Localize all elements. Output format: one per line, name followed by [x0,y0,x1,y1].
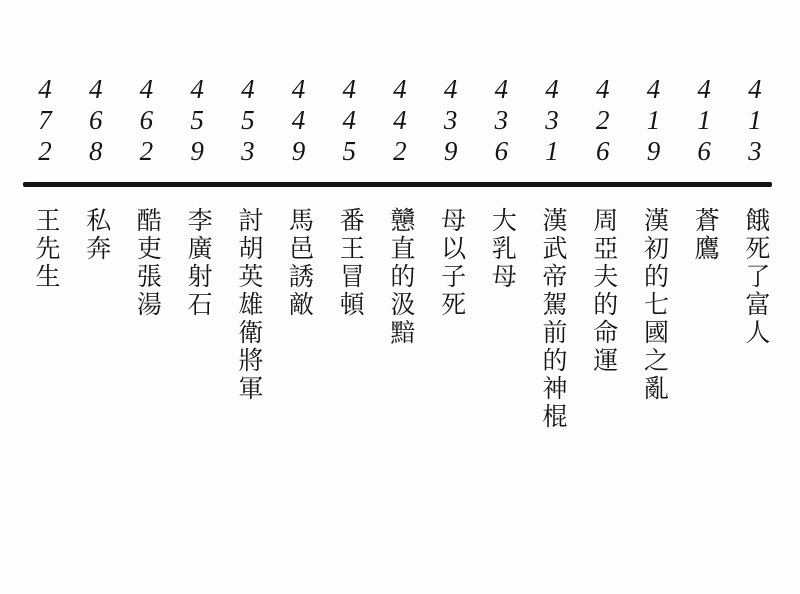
chapter-title: 漢初的七國之亂 [628,207,678,457]
page-number: 416 [679,74,729,182]
page-number: 459 [172,74,222,182]
book-toc-page: 413 餓死了富人 416 蒼鷹 419 漢初的七國之亂 426 周亞夫的命運 … [0,0,800,594]
toc-entry: 449 馬邑誘敵 [274,0,324,594]
page-number: 468 [71,74,121,182]
chapter-title: 漢武帝駕前的神棍 [527,207,577,457]
chapter-title: 馬邑誘敵 [274,207,324,457]
page-number: 472 [20,74,70,182]
chapter-title: 李廣射石 [172,207,222,457]
page-number: 413 [730,74,780,182]
page-number: 426 [578,74,628,182]
toc-entry: 419 漢初的七國之亂 [628,0,678,594]
toc-entry: 431 漢武帝駕前的神棍 [527,0,577,594]
page-number: 436 [476,74,526,182]
chapter-title: 餓死了富人 [730,207,780,457]
chapter-title: 周亞夫的命運 [578,207,628,457]
chapter-title: 母以子死 [426,207,476,457]
chapter-title: 大乳母 [476,207,526,457]
page-number: 442 [375,74,425,182]
toc-entry: 453 討胡英雄衛將軍 [223,0,273,594]
page-number: 439 [426,74,476,182]
page-number: 462 [121,74,171,182]
toc-entry: 413 餓死了富人 [730,0,780,594]
page-number: 453 [223,74,273,182]
toc-entry: 416 蒼鷹 [679,0,729,594]
toc-columns: 413 餓死了富人 416 蒼鷹 419 漢初的七國之亂 426 周亞夫的命運 … [20,0,780,594]
toc-entry: 472 王先生 [20,0,70,594]
chapter-title: 私奔 [71,207,121,457]
chapter-title: 戇直的汲黯 [375,207,425,457]
toc-entry: 468 私奔 [71,0,121,594]
toc-entry: 462 酷吏張湯 [121,0,171,594]
toc-entry: 426 周亞夫的命運 [578,0,628,594]
toc-entry: 439 母以子死 [426,0,476,594]
page-number: 431 [527,74,577,182]
page-number: 449 [274,74,324,182]
chapter-title: 酷吏張湯 [121,207,171,457]
chapter-title: 蒼鷹 [679,207,729,457]
toc-entry: 459 李廣射石 [172,0,222,594]
chapter-title: 番王冒頓 [324,207,374,457]
toc-entry: 442 戇直的汲黯 [375,0,425,594]
toc-entry: 436 大乳母 [476,0,526,594]
page-number: 419 [628,74,678,182]
toc-entry: 445 番王冒頓 [324,0,374,594]
chapter-title: 王先生 [20,207,70,457]
chapter-title: 討胡英雄衛將軍 [223,207,273,457]
page-number: 445 [324,74,374,182]
